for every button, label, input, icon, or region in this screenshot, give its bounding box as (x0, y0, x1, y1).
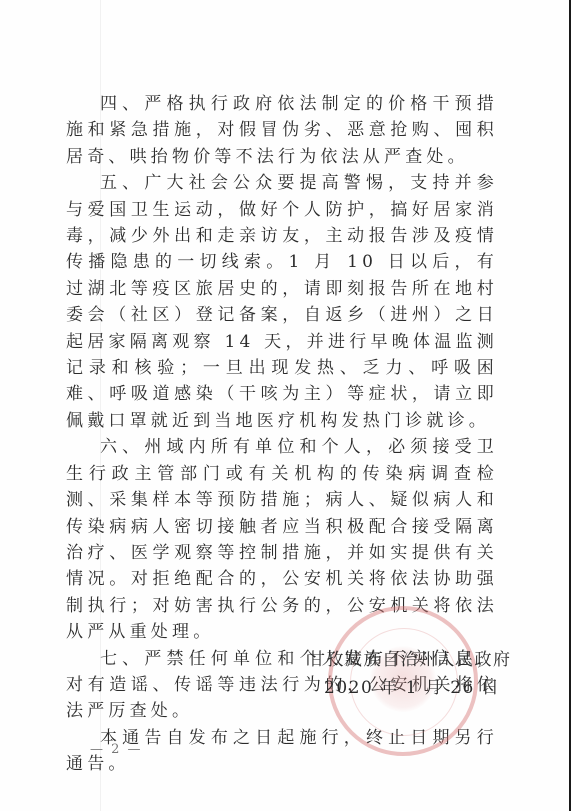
document-page: 四、严格执行政府依法制定的价格干预措施和紧急措施，对假冒伪劣、恶意抢购、囤积居奇… (0, 0, 571, 811)
issuer-name: 甘孜藏族自治州人民政府 (308, 646, 512, 674)
paragraph-5: 五、广大社会公众要提高警惕，支持并参与爱国卫生运动，做好个人防护，搞好居家消毒，… (66, 170, 498, 434)
signature-block: 甘孜藏族自治州人民政府 2020 年 1 月 26 日 (308, 646, 512, 702)
page-number: — 2 — (90, 742, 143, 757)
paragraph-4: 四、严格执行政府依法制定的价格干预措施和紧急措施，对假冒伪劣、恶意抢购、囤积居奇… (66, 91, 498, 170)
issue-date: 2020 年 1 月 26 日 (308, 674, 512, 702)
